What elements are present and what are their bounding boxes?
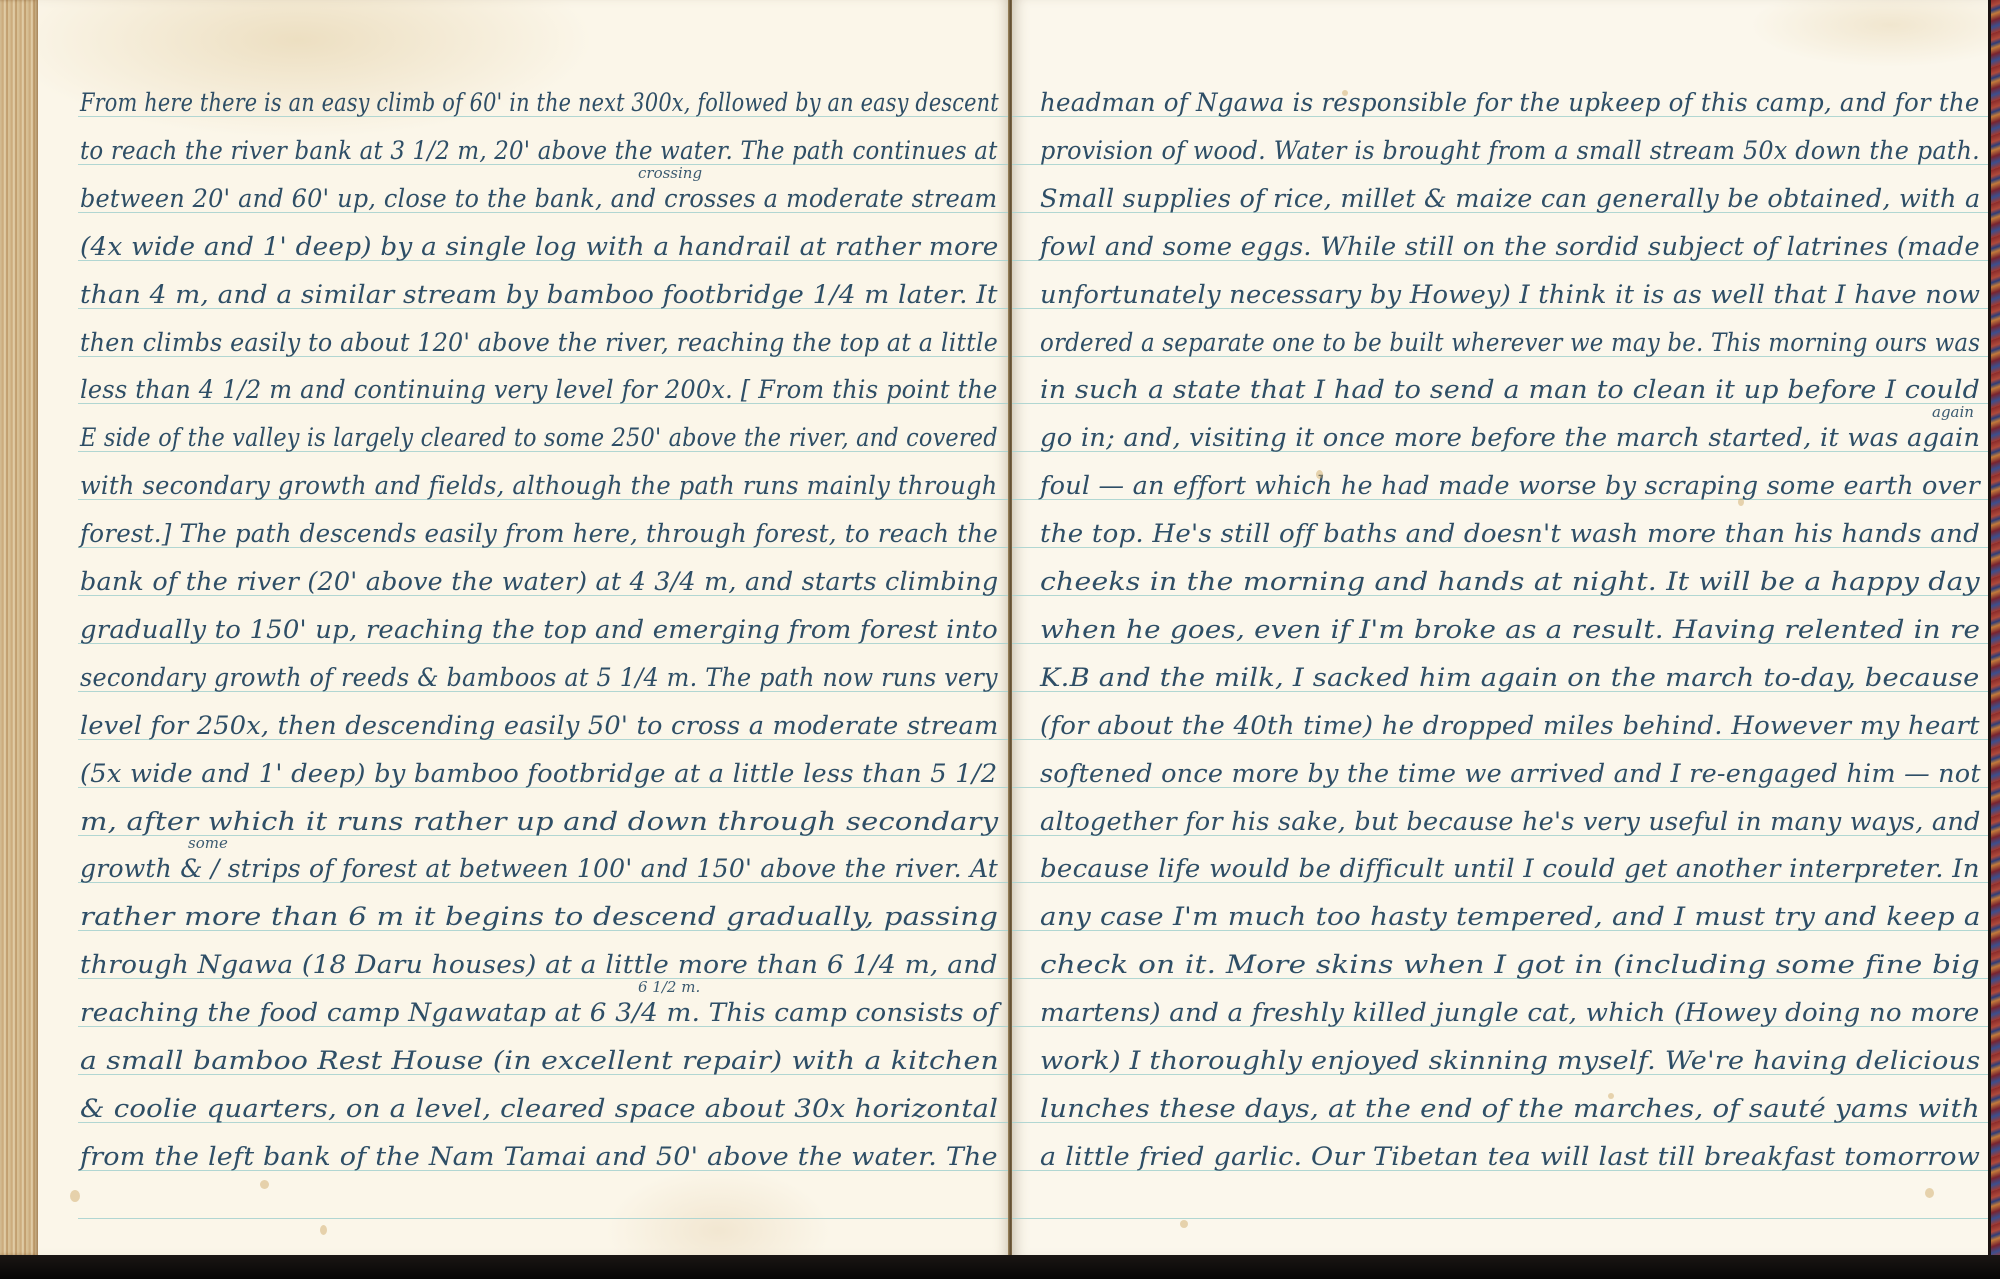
handwritten-line: E side of the valley is largely cleared … xyxy=(80,423,998,453)
foxing-stain xyxy=(1608,1093,1614,1099)
handwritten-line: rather more than 6 m it begins to descen… xyxy=(80,902,998,932)
handwritten-line: lunches these days, at the end of the ma… xyxy=(1040,1094,1980,1124)
foxing-stain xyxy=(320,1225,327,1235)
handwritten-line: (for about the 40th time) he dropped mil… xyxy=(1040,711,1980,741)
handwritten-line: the top. He's still off baths and doesn'… xyxy=(1040,519,1980,549)
handwritten-line: & coolie quarters, on a level, cleared s… xyxy=(80,1094,998,1124)
interlinear-insertion: some xyxy=(188,834,228,852)
handwritten-line: work) I thoroughly enjoyed skinning myse… xyxy=(1040,1046,1980,1076)
interlinear-insertion: 6 1/2 m. xyxy=(638,978,700,996)
page-stack-edge xyxy=(0,0,38,1255)
handwritten-line: fowl and some eggs. While still on the s… xyxy=(1040,232,1980,262)
handwritten-line: a small bamboo Rest House (in excellent … xyxy=(80,1046,999,1076)
interlinear-insertion: again xyxy=(1932,403,1974,421)
handwritten-line: martens) and a freshly killed jungle cat… xyxy=(1040,998,1980,1028)
handwritten-line: softened once more by the time we arrive… xyxy=(1040,759,1981,789)
handwritten-line: bank of the river (20' above the water) … xyxy=(80,567,998,597)
handwritten-line: unfortunately necessary by Howey) I thin… xyxy=(1040,280,1980,310)
foxing-stain xyxy=(1925,1188,1934,1198)
handwritten-line: m, after which it runs rather up and dow… xyxy=(80,807,998,837)
handwritten-line: reaching the food camp Ngawatap at 6 3/4… xyxy=(80,998,998,1028)
scan-background-bottom xyxy=(0,1255,2000,1279)
handwritten-line: gradually to 150' up, reaching the top a… xyxy=(80,615,998,645)
handwritten-line: provision of wood. Water is brought from… xyxy=(1040,136,1980,166)
handwritten-line: go in; and, visiting it once more before… xyxy=(1040,423,1980,453)
left-page: From here there is an easy climb of 60' … xyxy=(38,0,1010,1256)
handwritten-line: any case I'm much too hasty tempered, an… xyxy=(1040,902,1981,932)
handwritten-line: (5x wide and 1' deep) by bamboo footbrid… xyxy=(80,759,997,789)
handwritten-line: K.B and the milk, I sacked him again on … xyxy=(1040,663,1979,693)
foxing-stain xyxy=(1342,90,1348,96)
handwritten-line: with secondary growth and fields, althou… xyxy=(80,471,997,501)
handwritten-line: in such a state that I had to send a man… xyxy=(1040,375,1980,405)
journal-scan: From here there is an easy climb of 60' … xyxy=(0,0,2000,1279)
handwritten-line: between 20' and 60' up, close to the ban… xyxy=(80,184,997,214)
handwritten-line: cheeks in the morning and hands at night… xyxy=(1040,567,1980,597)
ruled-line xyxy=(1012,1218,1988,1219)
handwritten-line: to reach the river bank at 3 1/2 m, 20' … xyxy=(80,136,998,166)
handwritten-line: secondary growth of reeds & bamboos at 5… xyxy=(80,663,998,693)
handwritten-line: From here there is an easy climb of 60' … xyxy=(80,88,999,118)
handwritten-line: when he goes, even if I'm broke as a res… xyxy=(1040,615,1980,645)
marbled-cover-edge xyxy=(1988,0,2000,1258)
foxing-stain xyxy=(1316,470,1323,479)
handwritten-line: forest.] The path descends easily from h… xyxy=(80,519,998,549)
handwritten-line: then climbs easily to about 120' above t… xyxy=(80,328,998,358)
interlinear-insertion: crossing xyxy=(638,164,702,182)
handwritten-line: through Ngawa (18 Daru houses) at a litt… xyxy=(80,950,998,980)
handwritten-line: less than 4 1/2 m and continuing very le… xyxy=(80,375,998,405)
handwritten-line: from the left bank of the Nam Tamai and … xyxy=(80,1142,998,1172)
handwritten-line: Small supplies of rice, millet & maize c… xyxy=(1040,184,1980,214)
handwritten-line: than 4 m, and a similar stream by bamboo… xyxy=(80,280,998,310)
handwritten-line: growth & / strips of forest at between 1… xyxy=(80,854,998,884)
handwritten-line: because life would be difficult until I … xyxy=(1040,854,1980,884)
handwritten-line: ordered a separate one to be built where… xyxy=(1040,328,1980,358)
foxing-stain xyxy=(1180,1220,1188,1228)
ruled-line xyxy=(78,1218,1010,1219)
handwritten-line: foul — an effort which he had made worse… xyxy=(1040,471,1980,501)
handwritten-line: headman of Ngawa is responsible for the … xyxy=(1040,88,1980,118)
handwritten-line: (4x wide and 1' deep) by a single log wi… xyxy=(80,232,999,262)
foxing-stain xyxy=(260,1180,269,1189)
foxing-stain xyxy=(70,1190,80,1202)
handwritten-line: level for 250x, then descending easily 5… xyxy=(80,711,998,741)
foxing-stain xyxy=(1738,498,1744,506)
handwritten-line: altogether for his sake, but because he'… xyxy=(1040,807,1981,837)
handwritten-line: check on it. More skins when I got in (i… xyxy=(1040,950,1980,980)
handwritten-line: a little fried garlic. Our Tibetan tea w… xyxy=(1040,1142,1980,1172)
right-page: headman of Ngawa is responsible for the … xyxy=(1012,0,1988,1256)
